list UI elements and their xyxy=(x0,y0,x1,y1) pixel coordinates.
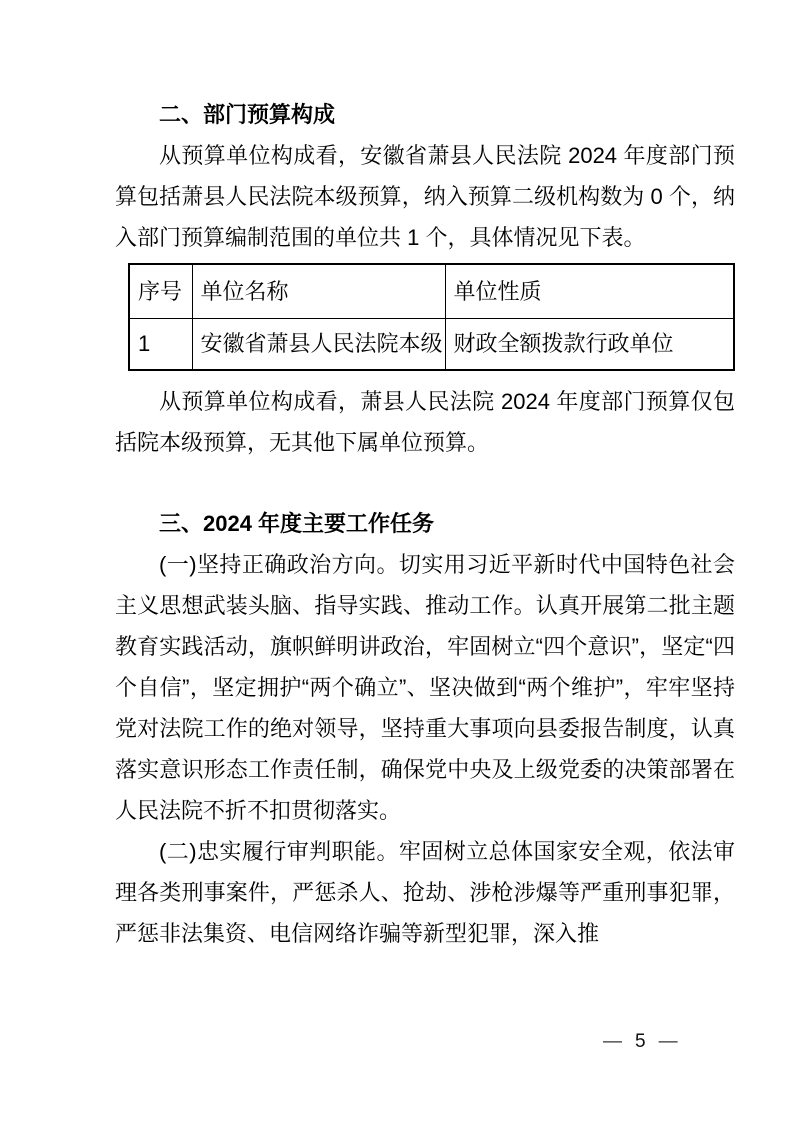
section-heading-main-tasks: 三、2024 年度主要工作任务 xyxy=(115,503,735,544)
column-header-unit-nature: 单位性质 xyxy=(445,264,734,319)
paragraph-task-trial-functions: (二)忠实履行审判职能。牢固树立总体国家安全观，依法审理各类刑事案件，严惩杀人、… xyxy=(115,831,735,954)
section-heading-budget-composition: 二、部门预算构成 xyxy=(115,94,735,135)
page-number-dash-left: — xyxy=(603,1031,622,1053)
table-row: 1 安徽省萧县人民法院本级 财政全额拨款行政单位 xyxy=(129,319,734,371)
paragraph-units-summary: 从预算单位构成看，萧县人民法院 2024 年度部门预算仅包括院本级预算，无其他下… xyxy=(115,381,735,463)
paragraph-budget-composition: 从预算单位构成看，安徽省萧县人民法院 2024 年度部门预算包括萧县人民法院本级… xyxy=(115,135,735,258)
page-number: — 5 — xyxy=(603,1031,678,1053)
paragraph-task-political-direction: (一)坚持正确政治方向。切实用习近平新时代中国特色社会主义思想武装头脑、指导实践… xyxy=(115,544,735,831)
cell-unit-nature: 财政全额拨款行政单位 xyxy=(445,319,734,371)
page-number-value: 5 xyxy=(635,1031,646,1053)
cell-unit-name: 安徽省萧县人民法院本级 xyxy=(192,319,445,371)
document-page: 二、部门预算构成 从预算单位构成看，安徽省萧县人民法院 2024 年度部门预算包… xyxy=(0,0,793,1122)
budget-units-table: 序号 单位名称 单位性质 1 安徽省萧县人民法院本级 财政全额拨款行政单位 xyxy=(128,263,735,371)
column-header-unit-name: 单位名称 xyxy=(192,264,445,319)
page-number-dash-right: — xyxy=(659,1031,678,1053)
cell-serial-number: 1 xyxy=(129,319,192,371)
column-header-serial-number: 序号 xyxy=(129,264,192,319)
table-header-row: 序号 单位名称 单位性质 xyxy=(129,264,734,319)
document-content: 二、部门预算构成 从预算单位构成看，安徽省萧县人民法院 2024 年度部门预算包… xyxy=(115,94,735,954)
